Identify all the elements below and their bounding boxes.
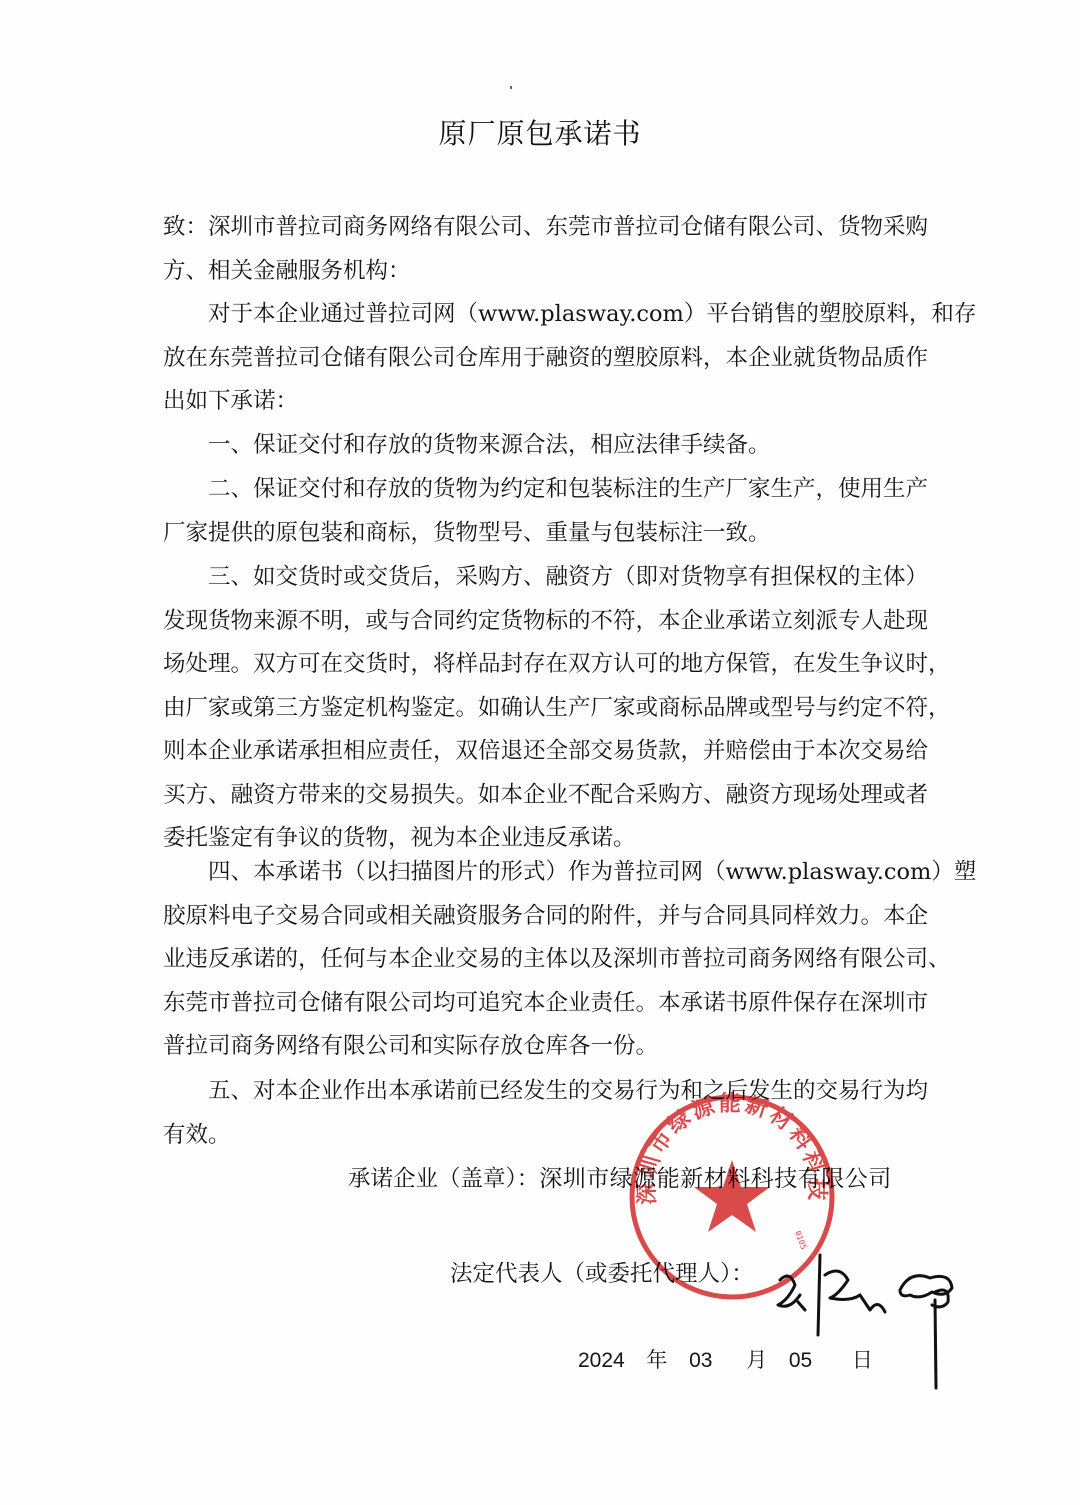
salutation-line: 方、相关金融服务机构： [163, 250, 923, 294]
intro-line: 对于本企业通过普拉司网（www.plasway.com）平台销售的塑胶原料，和存 [163, 293, 923, 337]
clause-line: 三、如交货时或交货后，采购方、融资方（即对货物享有担保权的主体） [163, 556, 923, 600]
clause-line: 发现货物来源不明，或与合同约定货物标的不符，本企业承诺立刻派专人赴现 [163, 600, 923, 644]
company-name: 深圳市绿源能新材料科技有限公司 [539, 1166, 892, 1192]
document-page: 原厂原包承诺书 致：深圳市普拉司商务网络有限公司、东莞市普拉司仓储有限公司、货物… [0, 0, 1080, 1505]
clause-line: 厂家提供的原包装和商标，货物型号、重量与包装标注一致。 [163, 512, 923, 556]
company-label: 承诺企业（盖章）： [348, 1166, 539, 1192]
date-day-unit: 日 [852, 1344, 873, 1374]
clause-line: 四、本承诺书（以扫描图片的形式）作为普拉司网（www.plasway.com）塑 [163, 851, 923, 895]
clause-line: 买方、融资方带来的交易损失。如本企业不配合采购方、融资方现场处理或者 [163, 774, 923, 818]
clause-line: 则本企业承诺承担相应责任，双倍退还全部交易货款，并赔偿由于本次交易给 [163, 730, 923, 774]
date-year: 2024 [578, 1349, 625, 1373]
clause-line: 二、保证交付和存放的货物为约定和包装标注的生产厂家生产，使用生产 [163, 468, 923, 512]
clause-line: 东莞市普拉司仓储有限公司均可追究本企业责任。本承诺书原件保存在深圳市 [163, 982, 923, 1026]
salutation-line: 致：深圳市普拉司商务网络有限公司、东莞市普拉司仓储有限公司、货物采购 [163, 206, 923, 250]
clause-5: 五、对本企业作出本承诺前已经发生的交易行为和之后发生的交易行为均 有效。 [163, 1070, 923, 1157]
committing-company: 承诺企业（盖章）：深圳市绿源能新材料科技有限公司 [348, 1160, 892, 1193]
date-month: 03 [689, 1349, 712, 1373]
clause-line: 普拉司商务网络有限公司和实际存放仓库各一份。 [163, 1025, 923, 1069]
salutation: 致：深圳市普拉司商务网络有限公司、东莞市普拉司仓储有限公司、货物采购 方、相关金… [163, 206, 923, 293]
clause-line: 一、保证交付和存放的货物来源合法，相应法律手续备。 [163, 424, 923, 468]
legal-representative: 法定代表人（或委托代理人）： [450, 1256, 754, 1288]
clause-line: 五、对本企业作出本承诺前已经发生的交易行为和之后发生的交易行为均 [163, 1070, 923, 1114]
scan-speck [510, 86, 512, 89]
clause-line: 业违反承诺的，任何与本企业交易的主体以及深圳市普拉司商务网络有限公司、 [163, 938, 923, 982]
document-title: 原厂原包承诺书 [0, 112, 1080, 152]
intro-line: 出如下承诺： [163, 380, 923, 424]
intro-paragraph: 对于本企业通过普拉司网（www.plasway.com）平台销售的塑胶原料，和存… [163, 293, 923, 424]
clause-4: 四、本承诺书（以扫描图片的形式）作为普拉司网（www.plasway.com）塑… [163, 851, 923, 1069]
date-day: 05 [789, 1349, 812, 1373]
clause-line: 由厂家或第三方鉴定机构鉴定。如确认生产厂家或商标品牌或型号与约定不符， [163, 687, 923, 731]
svg-text:0105: 0105 [793, 1230, 808, 1251]
representative-label: 法定代表人（或委托代理人）： [450, 1261, 754, 1287]
clause-line: 胶原料电子交易合同或相关融资服务合同的附件，并与合同具同样效力。本企 [163, 895, 923, 939]
clause-1: 一、保证交付和存放的货物来源合法，相应法律手续备。 [163, 424, 923, 468]
signing-date: 2024 年 03 月 05 日 [578, 1344, 873, 1374]
clause-line: 有效。 [163, 1114, 923, 1158]
date-year-unit: 年 [646, 1344, 667, 1374]
clause-2: 二、保证交付和存放的货物为约定和包装标注的生产厂家生产，使用生产 厂家提供的原包… [163, 468, 923, 555]
clause-line: 场处理。双方可在交货时，将样品封存在双方认可的地方保管，在发生争议时， [163, 643, 923, 687]
clause-3: 三、如交货时或交货后，采购方、融资方（即对货物享有担保权的主体） 发现货物来源不… [163, 556, 923, 861]
intro-line: 放在东莞普拉司仓储有限公司仓库用于融资的塑胶原料，本企业就货物品质作 [163, 337, 923, 381]
date-month-unit: 月 [746, 1344, 767, 1374]
